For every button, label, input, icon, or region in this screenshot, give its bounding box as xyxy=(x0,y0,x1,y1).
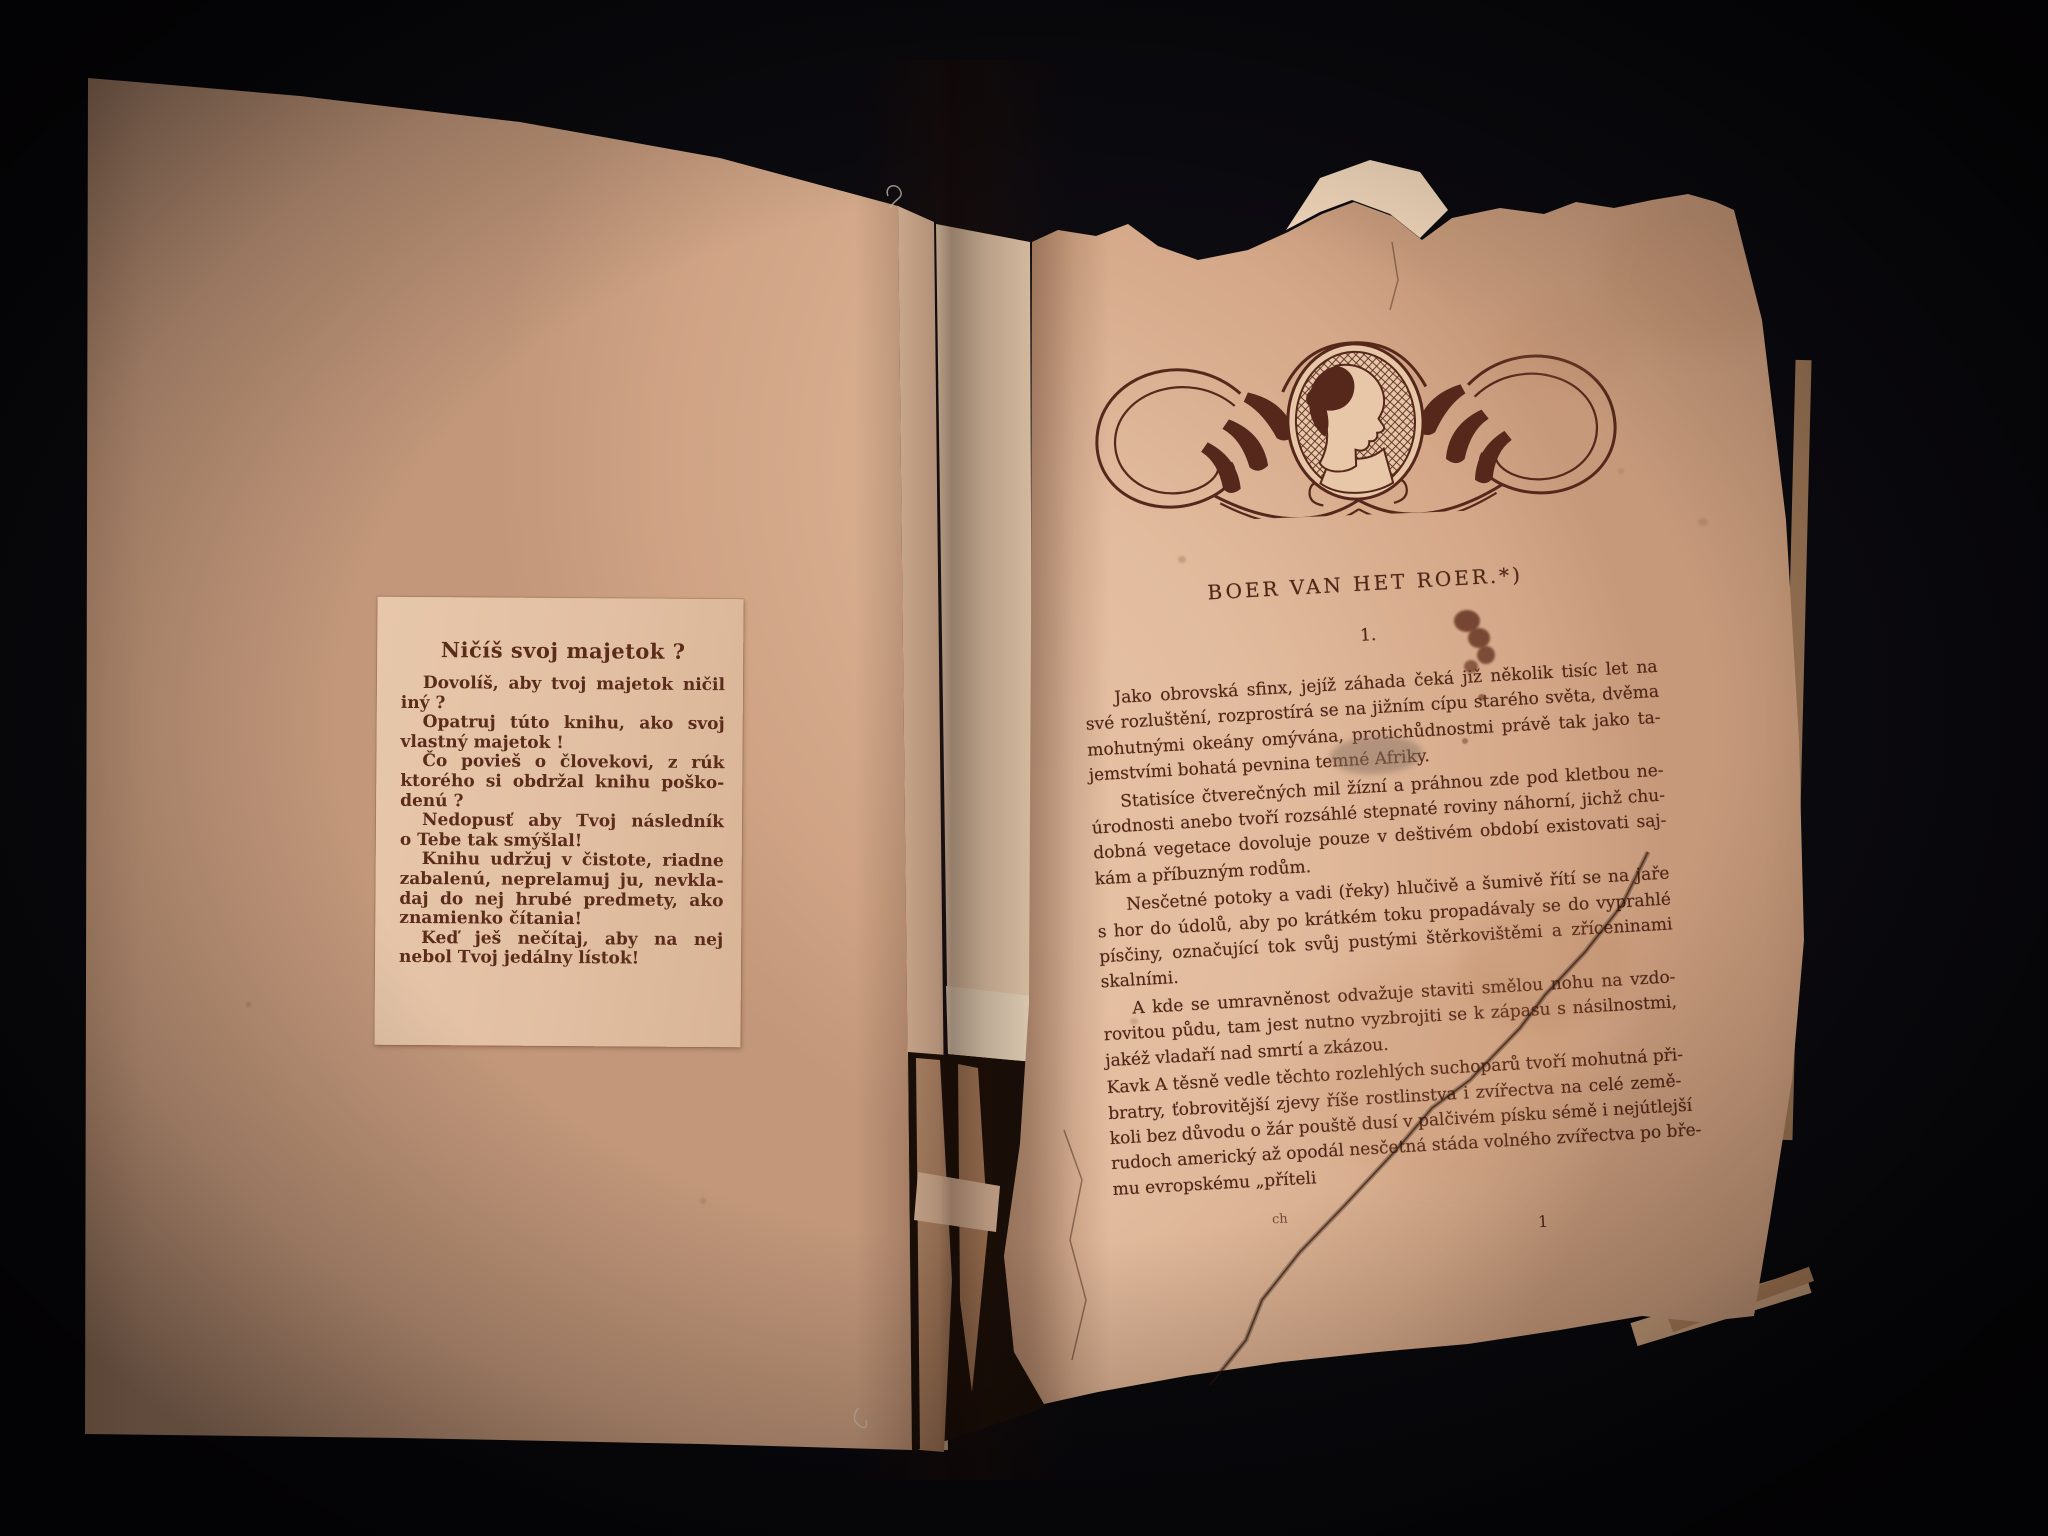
right-page-text: BOER VAN HET ROER.*) 1. Jako obrovská sf… xyxy=(1078,555,1687,1205)
label-paragraph: Knihu udržuj v čistote, riadne zabalenú,… xyxy=(399,850,724,931)
label-paragraph: Opatruj túto knihu, ako svoj vlastný maj… xyxy=(400,713,724,754)
text-line: nebol Tvoj jedálny lístok! xyxy=(399,948,723,970)
art-nouveau-ornament xyxy=(1065,319,1647,526)
label-paragraph: Nedopusť aby Tvoj následník o Tebe tak s… xyxy=(400,811,724,852)
photo-of-open-book: Ničíš svoj majetok ? Dovolíš, aby tvoj m… xyxy=(0,0,2048,1536)
footnote-fragment: ch xyxy=(1272,1212,1288,1228)
label-paragraph: Dovolíš, aby tvoj majetok ničil iný ? xyxy=(401,674,725,715)
page-number: 1 xyxy=(1538,1212,1549,1232)
text-line: Dovolíš, aby tvoj majetok ničil xyxy=(401,674,725,696)
profile-medallion xyxy=(1285,341,1426,501)
label-text: Ničíš svoj majetok ? Dovolíš, aby tvoj m… xyxy=(375,597,744,970)
pasted-library-label: Ničíš svoj majetok ? Dovolíš, aby tvoj m… xyxy=(374,597,743,1048)
label-heading: Ničíš svoj majetok ? xyxy=(401,637,725,664)
section-number: 1. xyxy=(1081,609,1655,662)
label-paragraph: Keď ješ nečítaj, aby na nej nebol Tvoj j… xyxy=(399,929,723,970)
label-paragraph: Čo povieš o človekovi, z rúk ktorého si … xyxy=(400,752,724,813)
